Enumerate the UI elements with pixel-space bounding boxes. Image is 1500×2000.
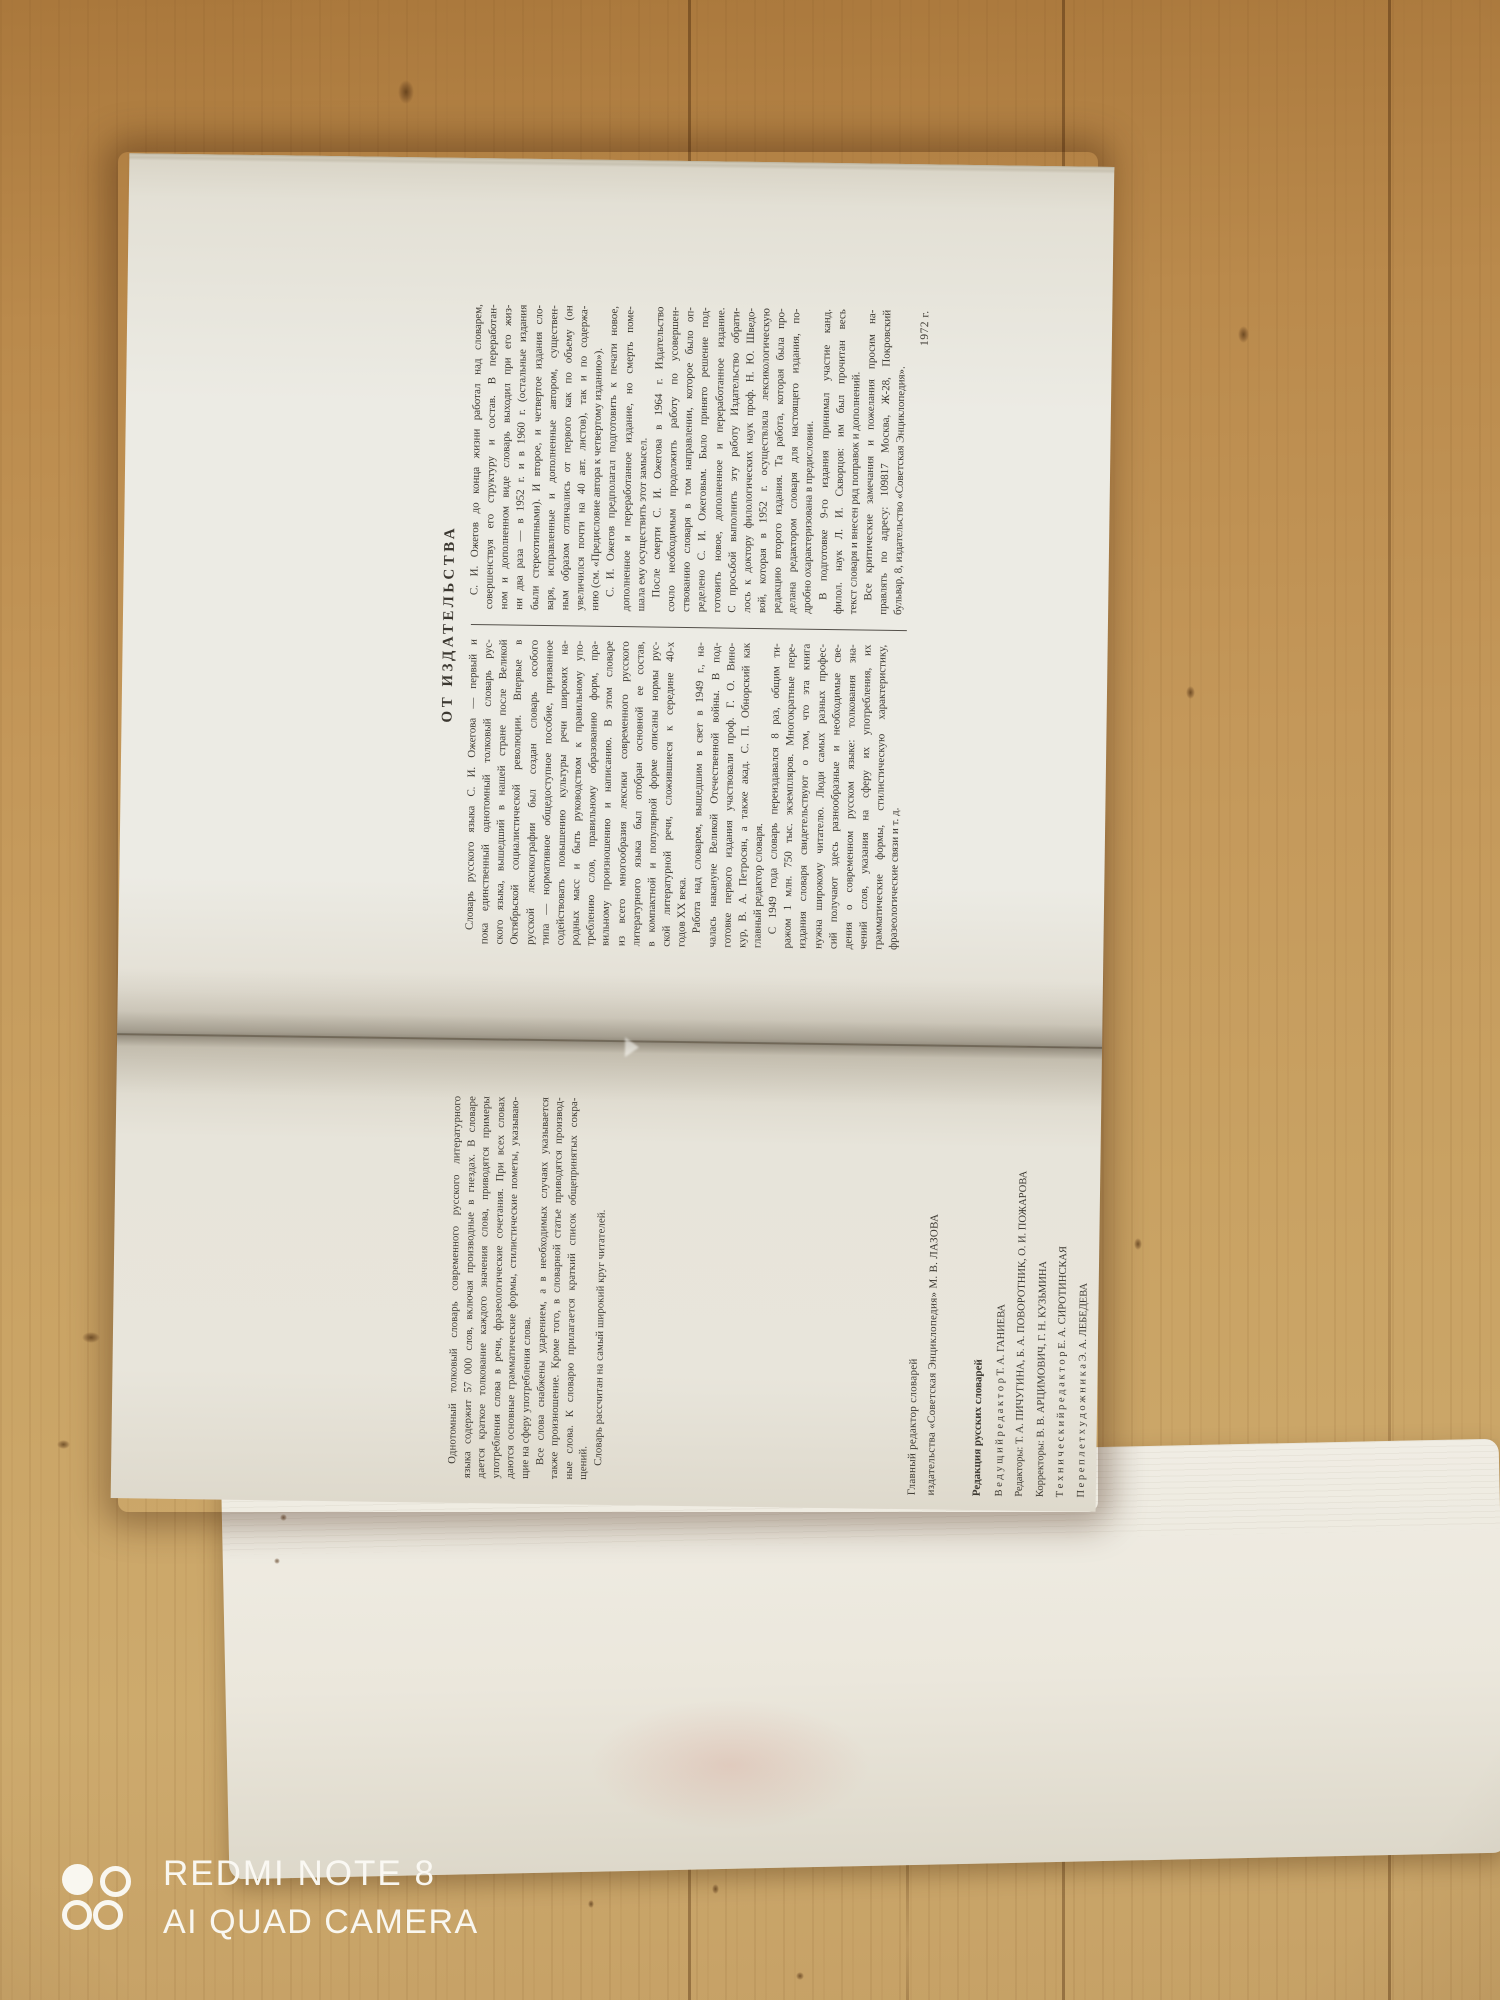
wood-knot [588, 1900, 594, 1908]
wood-knot [82, 1332, 100, 1343]
wood-knot [57, 1440, 70, 1449]
chief-editor-credit: Главный редактор словарейиздательства «С… [903, 1055, 947, 1495]
spine-crease [625, 1037, 639, 1057]
wood-knot [712, 1884, 719, 1894]
wood-knot [1238, 326, 1249, 343]
watermark-line-2: AI QUAD CAMERA [163, 1903, 479, 1942]
logo-filled-circle-icon [62, 1864, 93, 1895]
column-gap [467, 609, 907, 645]
logo-ring-icon [93, 1900, 123, 1930]
preface-column-2: С. И. Ожегов до конца жизни работал над … [467, 304, 911, 615]
preface-columns: Словарь русского языка С. И. Ожегова — п… [462, 304, 910, 950]
quad-camera-logo-icon [62, 1862, 158, 1948]
logo-ring-icon [100, 1866, 131, 1897]
photo-open-book-on-table: Однотомный толковый словарь современного… [0, 0, 1500, 2000]
wood-plank-seam [906, 1860, 909, 2000]
colophon-credits: Редакция русских словарей В е д у щ и й … [967, 1050, 1098, 1498]
wood-knot [1134, 1238, 1142, 1250]
colophon-lines: В е д у щ и й р е д а к т о р Т. А. ГАНИ… [989, 1050, 1098, 1497]
preface-heading: ОТ ИЗДАТЕЛЬСТВА [436, 304, 462, 944]
preface-column-1: Словарь русского языка С. И. Ожегова — п… [462, 639, 906, 950]
logo-ring-icon [62, 1900, 92, 1930]
spot-on-page-edge [274, 1558, 280, 1564]
open-book-spread: Однотомный толковый словарь современного… [111, 153, 1115, 1512]
wood-knot [398, 80, 414, 104]
stain-on-sheet [590, 1700, 870, 1830]
spot-on-page-edge [280, 1514, 287, 1521]
wood-knot [1186, 686, 1195, 699]
left-page-text: Однотомный толковый словарь современного… [445, 1096, 611, 1480]
column-divider-rule [471, 624, 907, 631]
watermark-text: REDMI NOTE 8 AI QUAD CAMERA [163, 1854, 479, 1942]
right-page: ОТ ИЗДАТЕЛЬСТВА Словарь русского языка С… [117, 153, 1114, 1048]
left-page: Однотомный толковый словарь современного… [111, 1034, 1102, 1512]
watermark-line-1: REDMI NOTE 8 [163, 1854, 479, 1894]
preface-date: 1972 г. [910, 310, 931, 950]
wood-knot [796, 1972, 804, 1980]
